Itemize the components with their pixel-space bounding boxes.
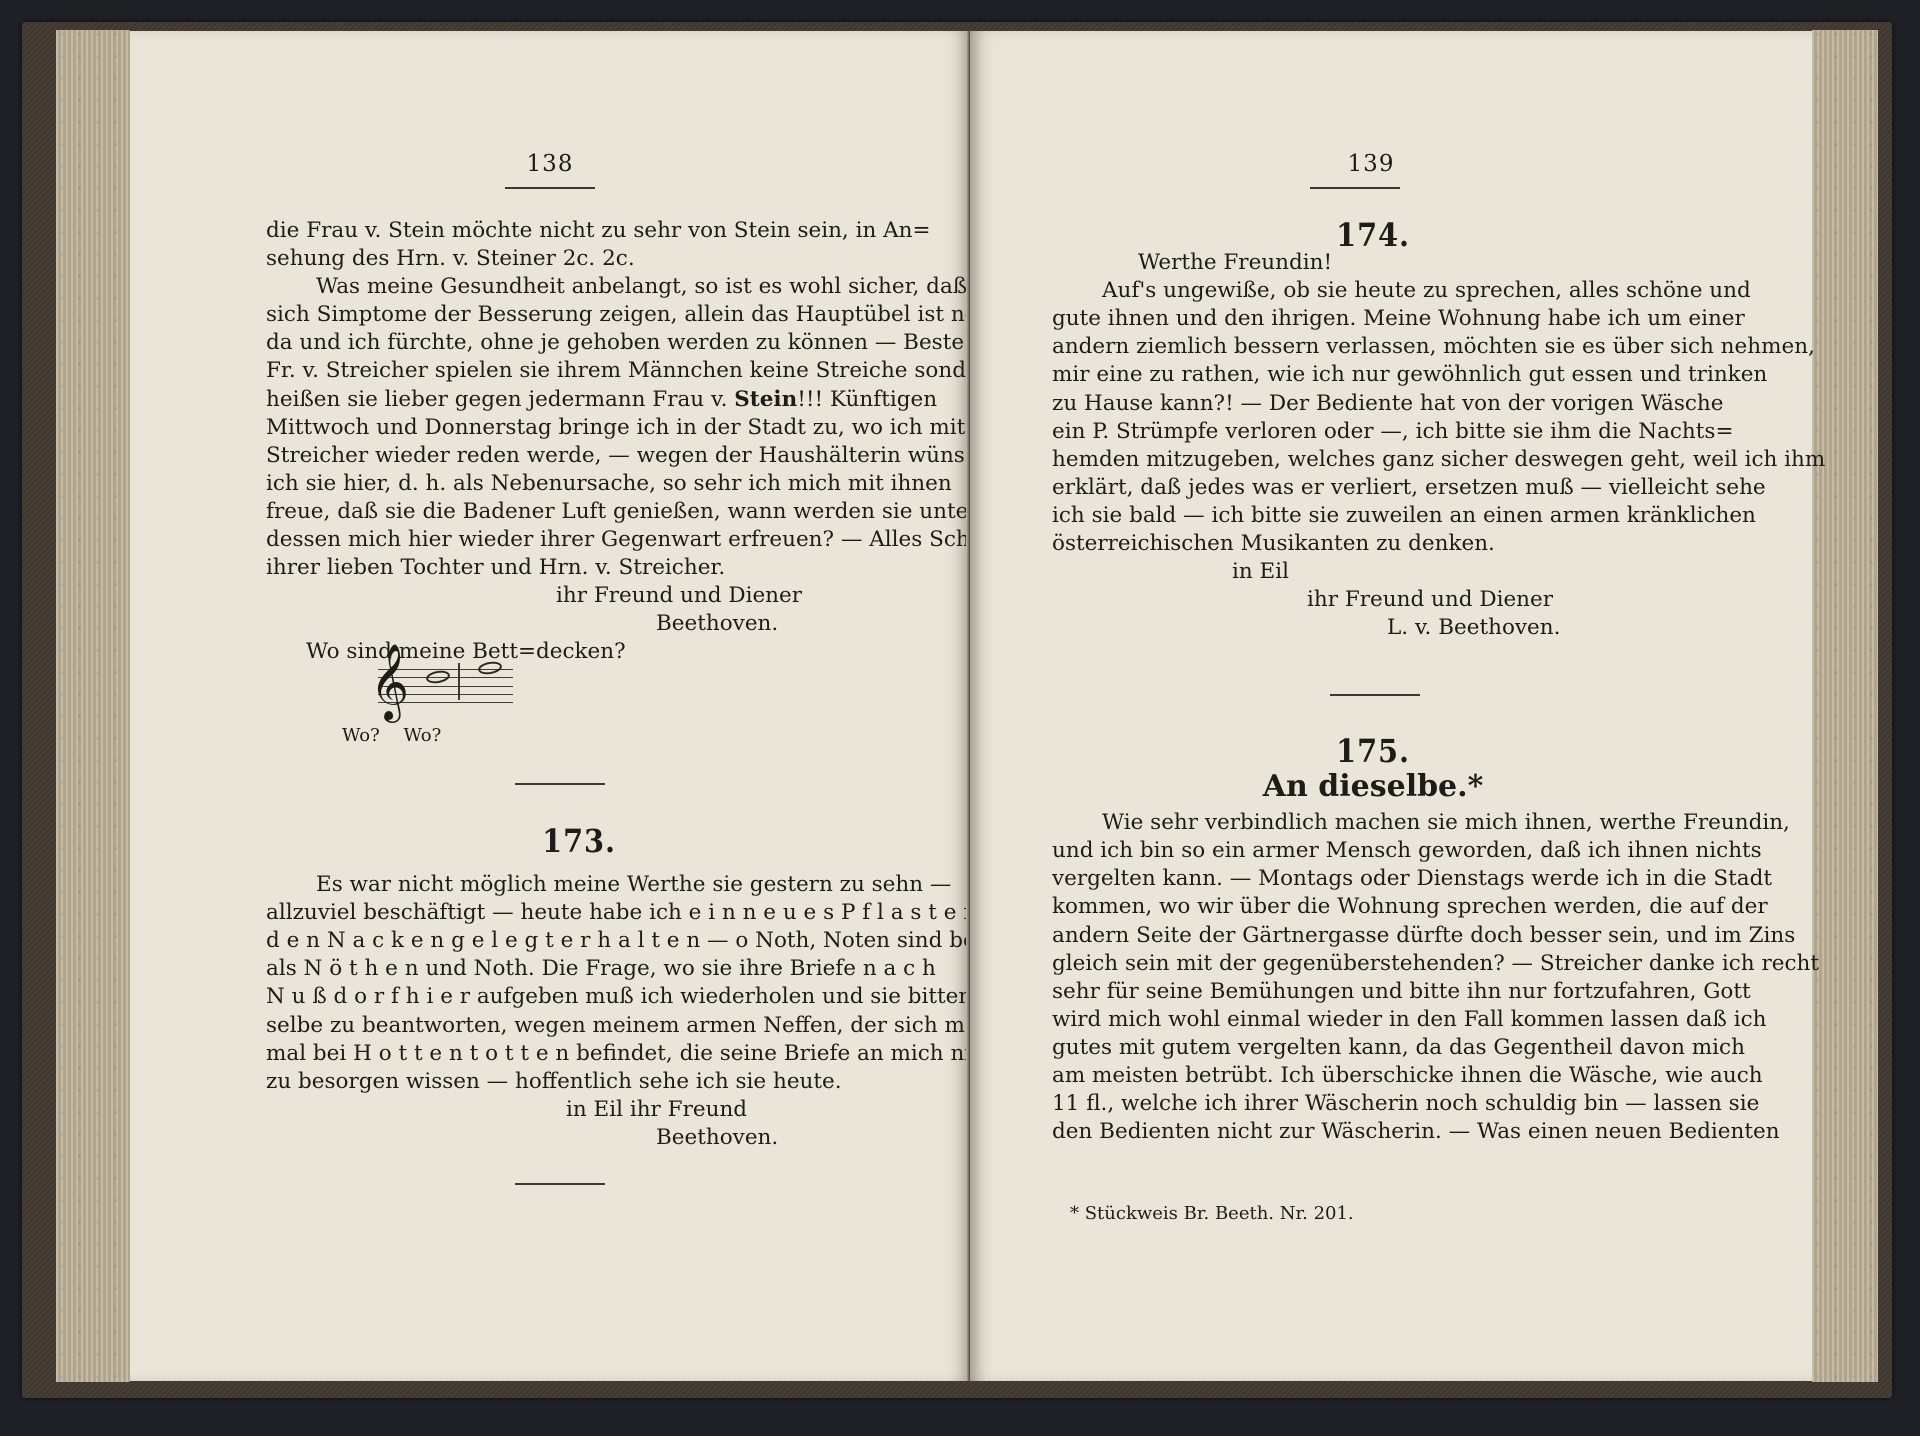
lyric: Wo? <box>342 725 380 746</box>
closing: ihr Freund und Diener <box>1052 586 1694 614</box>
closing: ihr Freund und Diener <box>266 582 892 610</box>
page-number: 138 <box>130 151 970 177</box>
letter-number: 175. <box>1084 737 1662 765</box>
text-line: Streicher wieder reden werde, — wegen de… <box>266 442 892 470</box>
page-edges-left <box>56 30 130 1382</box>
left-page-body: die Frau v. Stein möchte nicht zu sehr v… <box>266 217 892 667</box>
text-line: sehr für seine Bemühungen und bitte ihn … <box>1052 978 1694 1006</box>
text-line: da und ich fürchte, ohne je gehoben werd… <box>266 329 892 357</box>
text-line: mir eine zu rathen, wie ich nur gewöhnli… <box>1052 361 1694 389</box>
text-line: dessen mich hier wieder ihrer Gegenwart … <box>266 526 892 554</box>
text-line: N u ß d o r f h i e r aufgeben muß ich w… <box>266 983 892 1011</box>
text-line: d e n N a c k e n g e l e g t e r h a l … <box>266 927 892 955</box>
text-line: gutes mit gutem vergelten kann, da das G… <box>1052 1034 1694 1062</box>
left-page: 138 die Frau v. Stein möchte nicht zu se… <box>130 31 970 1381</box>
text-line: heißen sie lieber gegen jedermann Frau v… <box>266 386 892 414</box>
header-rule <box>505 187 595 189</box>
letter-number: 174. <box>1084 221 1662 249</box>
text-line: mal bei H o t t e n t o t t e n befindet… <box>266 1040 892 1068</box>
text-line: ein P. Strümpfe verloren oder —, ich bit… <box>1052 418 1694 446</box>
text-line: 11 fl., welche ich ihrer Wäscherin noch … <box>1052 1090 1694 1118</box>
closing: in Eil ihr Freund <box>266 1096 892 1124</box>
text-line: andern Seite der Gärtnergasse dürfte doc… <box>1052 922 1694 950</box>
text-line: die Frau v. Stein möchte nicht zu sehr v… <box>266 217 892 245</box>
text-line: ich sie hier, d. h. als Nebenursache, so… <box>266 470 892 498</box>
text-line: wird mich wohl einmal wieder in den Fall… <box>1052 1006 1694 1034</box>
text-line: sehung des Hrn. v. Steiner 2c. 2c. <box>266 245 892 273</box>
text-line: als N ö t h e n und Noth. Die Frage, wo … <box>266 955 892 983</box>
footnote: * Stückweis Br. Beeth. Nr. 201. <box>1070 1203 1354 1224</box>
text-line: erklärt, daß jedes was er verliert, erse… <box>1052 474 1694 502</box>
right-page: 139 174. Werthe Freundin! Auf's ungewiße… <box>970 31 1812 1381</box>
text-fragment: !!! Künftigen <box>797 387 937 412</box>
text-line: zu Hause kann?! — Der Bediente hat von d… <box>1052 390 1694 418</box>
text-line: zu besorgen wissen — hoffentlich sehe ic… <box>266 1068 892 1096</box>
emphasized-word: Stein <box>734 387 797 412</box>
closing-in-eil: in Eil <box>1052 558 1694 586</box>
text-line: andern ziemlich bessern verlassen, möcht… <box>1052 333 1694 361</box>
text-line: allzuviel beschäftigt — heute habe ich e… <box>266 899 892 927</box>
letter-title: An dieselbe.* <box>1052 773 1694 801</box>
music-staff: 𝄞 <box>378 663 518 733</box>
text-line: den Bedienten nicht zur Wäscherin. — Was… <box>1052 1118 1694 1146</box>
text-line: vergelten kann. — Montags oder Dienstags… <box>1052 865 1694 893</box>
text-line: Wie sehr verbindlich machen sie mich ihn… <box>1052 809 1694 837</box>
section-rule <box>1330 694 1420 696</box>
whole-note-icon <box>477 660 503 676</box>
text-line: ich sie bald — ich bitte sie zuweilen an… <box>1052 502 1694 530</box>
text-fragment: heißen sie lieber gegen jedermann Frau v… <box>266 387 727 412</box>
section-rule <box>515 783 605 785</box>
header-rule <box>1310 187 1400 189</box>
letter-173: 173. Es war nicht möglich meine Werthe s… <box>266 827 892 1152</box>
treble-clef-icon: 𝄞 <box>370 649 409 715</box>
letter-175: 175. An dieselbe.* Wie sehr verbindlich … <box>1052 737 1694 1146</box>
letter-number: 173. <box>297 827 860 855</box>
text-line: gleich sein mit der gegenüberstehenden? … <box>1052 950 1694 978</box>
signature: Beethoven. <box>266 610 892 638</box>
text-line: Es war nicht möglich meine Werthe sie ge… <box>266 871 892 899</box>
text-line: und ich bin so ein armer Mensch geworden… <box>1052 837 1694 865</box>
barline <box>458 663 460 700</box>
text-line: selbe zu beantworten, wegen meinem armen… <box>266 1012 892 1040</box>
text-line: freue, daß sie die Badener Luft genießen… <box>266 498 892 526</box>
text-line: sich Simptome der Besserung zeigen, alle… <box>266 301 892 329</box>
text-line: Was meine Gesundheit anbelangt, so ist e… <box>266 273 892 301</box>
text-line: kommen, wo wir über die Wohnung sprechen… <box>1052 893 1694 921</box>
page-edges-right <box>1812 30 1878 1382</box>
signature: L. v. Beethoven. <box>1052 614 1694 642</box>
music-notation: 𝄞 Wo? Wo? <box>266 663 518 746</box>
signature: Beethoven. <box>266 1124 892 1152</box>
text-line: ihrer lieben Tochter und Hrn. v. Streich… <box>266 554 892 582</box>
whole-note-icon <box>425 669 451 685</box>
page-number: 139 <box>950 151 1792 177</box>
letter-174: 174. Werthe Freundin! Auf's ungewiße, ob… <box>1052 221 1694 642</box>
text-line: österreichischen Musikanten zu denken. <box>1052 530 1694 558</box>
text-line: am meisten betrübt. Ich überschicke ihne… <box>1052 1062 1694 1090</box>
text-line: hemden mitzugeben, welches ganz sicher d… <box>1052 446 1694 474</box>
text-line: Mittwoch und Donnerstag bringe ich in de… <box>266 414 892 442</box>
text-line: gute ihnen und den ihrigen. Meine Wohnun… <box>1052 305 1694 333</box>
text-line: Fr. v. Streicher spielen sie ihrem Männc… <box>266 357 892 385</box>
footnote-rule <box>515 1183 605 1185</box>
text-line: Auf's ungewiße, ob sie heute zu sprechen… <box>1052 277 1694 305</box>
